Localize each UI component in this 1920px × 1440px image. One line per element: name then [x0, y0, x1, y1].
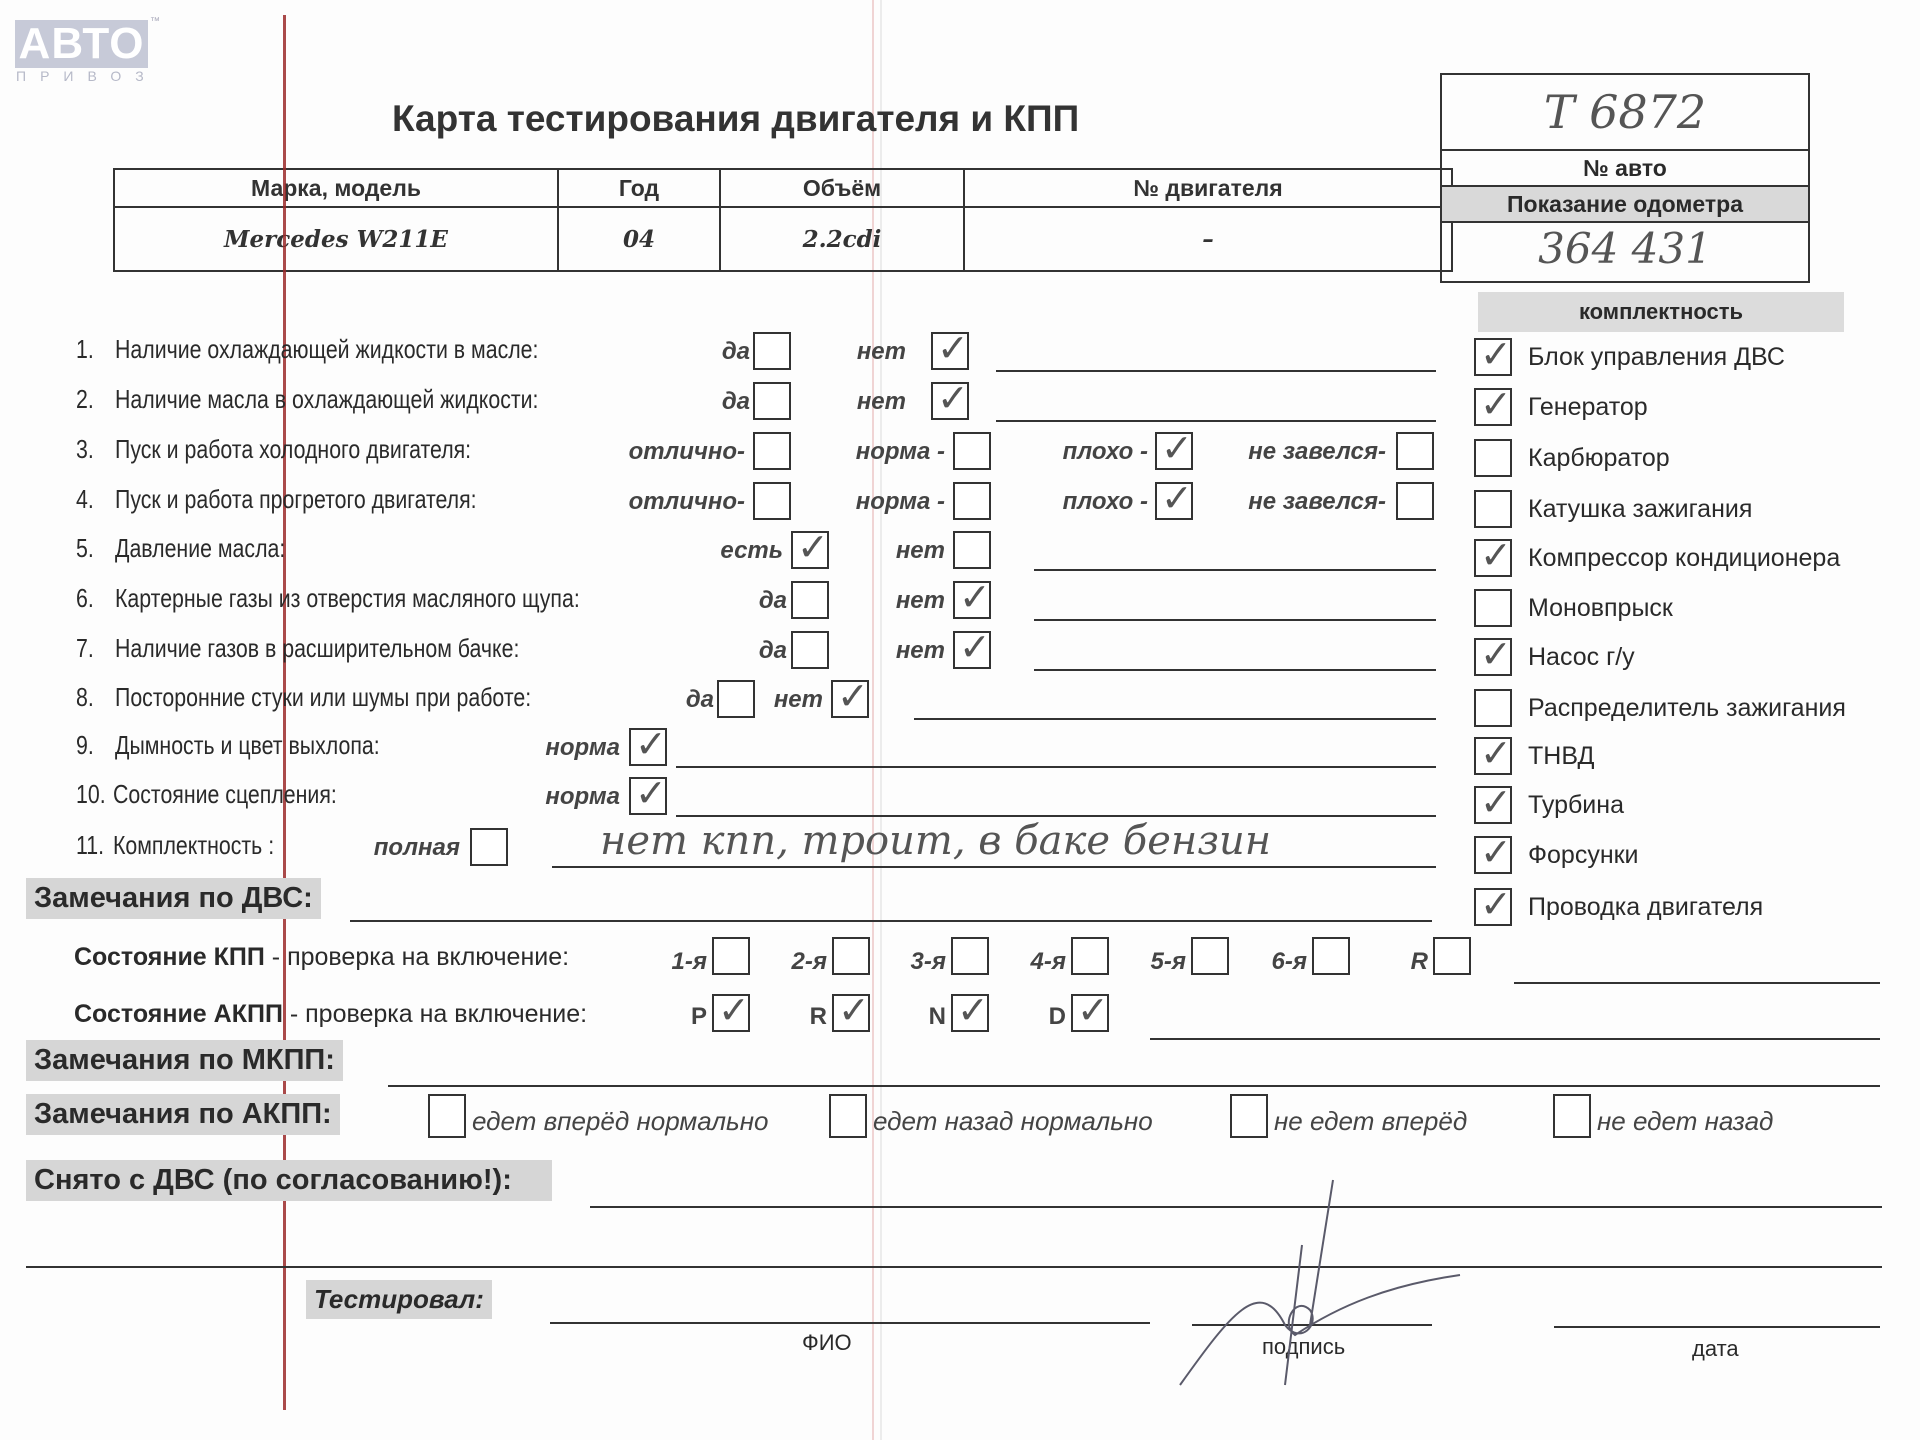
option-label: отлично- [545, 438, 745, 466]
option-label: нет [745, 637, 945, 665]
question-text: Пуск и работа прогретого двигателя: [115, 484, 477, 515]
option-label: норма - [745, 488, 945, 516]
question-text: Пуск и работа холодного двигателя: [115, 434, 471, 465]
option-label: норма - [745, 438, 945, 466]
question-text: Состояние сцепления: [113, 779, 337, 810]
vehicle-info-table: Марка, модель Год Объём № двигателя Merc… [113, 168, 1453, 272]
fio-line [550, 1322, 1150, 1324]
question-number: 8. [76, 682, 94, 713]
gear-label: R [1228, 948, 1428, 976]
completeness-checkbox[interactable] [1474, 888, 1512, 926]
date-line [1554, 1326, 1880, 1328]
completeness-label: Проводка двигателя [1528, 893, 1763, 922]
question-text: Посторонние стуки или шумы при работе: [115, 682, 531, 713]
answer-line [1034, 619, 1436, 621]
answer-line [552, 866, 1436, 868]
option-label: нет [706, 338, 906, 366]
akpp-remark-checkbox[interactable] [829, 1094, 867, 1138]
completeness-checkbox[interactable] [1474, 388, 1512, 426]
volume-value[interactable]: 2.2cdi [720, 207, 964, 271]
logo-trademark: ™ [150, 16, 160, 27]
col-year: Год [558, 169, 720, 207]
logo-subtitle: ПРИВОЗ [16, 68, 158, 84]
car-number-value[interactable]: T 6872 [1442, 75, 1808, 151]
answer-line [1034, 669, 1436, 671]
completeness-checkbox[interactable] [1474, 589, 1512, 627]
removed-line-2 [26, 1266, 1882, 1268]
mkpp-remarks-title: Замечания по МКПП: [26, 1040, 343, 1081]
removed-title: Снято с ДВС (по согласованию!): [26, 1160, 552, 1201]
option-label: полная [260, 834, 460, 862]
completeness-label: Насос г/у [1528, 643, 1635, 672]
answer-line [676, 766, 1436, 768]
completeness-checkbox[interactable] [1474, 338, 1512, 376]
checkbox-нет[interactable] [953, 631, 991, 669]
kpp-check-title: Состояние КПП - проверка на включение: [74, 943, 569, 972]
ice-remarks-line [350, 920, 1432, 922]
checkbox-нет[interactable] [831, 680, 869, 718]
completeness-label: Катушка зажигания [1528, 495, 1752, 524]
question-text: Давление масла: [115, 533, 285, 564]
completeness-checkbox[interactable] [1474, 786, 1512, 824]
date-caption: дата [1692, 1336, 1739, 1362]
odometer-value[interactable]: 364 431 [1442, 223, 1808, 281]
completeness-checkbox[interactable] [1474, 490, 1512, 528]
logo: АВТО [15, 20, 148, 68]
make-model-value[interactable]: Mercedes W211E [114, 207, 558, 271]
completeness-label: Турбина [1528, 791, 1624, 820]
completeness-checkbox[interactable] [1474, 539, 1512, 577]
option-label: отлично- [545, 488, 745, 516]
question-number: 1. [76, 334, 94, 365]
col-volume: Объём [720, 169, 964, 207]
page-title: Карта тестирования двигателя и КПП [392, 98, 1079, 140]
question-number: 9. [76, 730, 94, 761]
answer-line [676, 815, 1436, 817]
checkbox-норма[interactable] [629, 777, 667, 815]
option-label: норма [420, 734, 620, 762]
signature-scribble [1170, 1175, 1470, 1405]
completeness-label: Генератор [1528, 393, 1648, 422]
fio-caption: ФИО [802, 1330, 852, 1356]
question-number: 2. [76, 384, 94, 415]
akpp-remark-checkbox[interactable] [1230, 1094, 1268, 1138]
question-text: Наличие охлаждающей жидкости в масле: [115, 334, 538, 365]
option-label: нет [706, 388, 906, 416]
akpp-line [1150, 1038, 1880, 1040]
akpp-remark-label: не едет назад [1597, 1106, 1773, 1137]
question-number: 4. [76, 484, 94, 515]
col-engine-number: № двигателя [964, 169, 1452, 207]
akpp-remark-label: едет вперёд нормально [472, 1106, 768, 1137]
car-number-label: № авто [1442, 151, 1808, 187]
question-number: 11. [76, 830, 104, 861]
option-label: плохо - [948, 438, 1148, 466]
option-label: нет [745, 537, 945, 565]
kpp-line [1514, 982, 1880, 984]
option-label: не завелся- [1186, 438, 1386, 466]
year-value[interactable]: 04 [558, 207, 720, 271]
question-text: Наличие масла в охлаждающей жидкости: [115, 384, 538, 415]
option-label: нет [623, 686, 823, 714]
checkbox-незавелся[interactable] [1396, 432, 1434, 470]
option-label: плохо - [948, 488, 1148, 516]
question-number: 10. [76, 779, 106, 810]
checkbox-незавелся[interactable] [1396, 482, 1434, 520]
gear-checkbox[interactable] [1433, 937, 1471, 975]
akpp-remark-label: не едет вперёд [1274, 1106, 1467, 1137]
completeness-checkbox[interactable] [1474, 737, 1512, 775]
question-text: Наличие газов в расширительном бачке: [115, 633, 519, 664]
odometer-label: Показание одометра [1442, 187, 1808, 223]
completeness-label: Моновпрыск [1528, 594, 1673, 623]
completeness-label: Компрессор кондиционера [1528, 544, 1840, 573]
tested-by-title: Тестировал: [306, 1280, 492, 1319]
option-label: не завелся- [1186, 488, 1386, 516]
completeness-label: Форсунки [1528, 841, 1639, 870]
answer-line [1034, 569, 1436, 571]
akpp-remark-checkbox[interactable] [1553, 1094, 1591, 1138]
handwritten-note[interactable]: нет кпп, троит, в баке бензин [600, 818, 1271, 864]
col-make-model: Марка, модель [114, 169, 558, 207]
question-text: Комплектность : [113, 830, 274, 861]
mkpp-line [388, 1085, 1880, 1087]
option-label: нет [745, 587, 945, 615]
answer-line [914, 718, 1436, 720]
completeness-checkbox[interactable] [1474, 638, 1512, 676]
akpp-remarks-title: Замечания по АКПП: [26, 1094, 340, 1135]
question-text: Картерные газы из отверстия масляного щу… [115, 583, 580, 614]
checkbox-нет[interactable] [953, 581, 991, 619]
question-number: 3. [76, 434, 94, 465]
checkbox-полная[interactable] [470, 828, 508, 866]
checkbox-нет[interactable] [931, 382, 969, 420]
engine-number-value[interactable]: – [964, 207, 1452, 271]
answer-line [996, 370, 1436, 372]
question-number: 5. [76, 533, 94, 564]
question-number: 6. [76, 583, 94, 614]
completeness-checkbox[interactable] [1474, 439, 1512, 477]
completeness-label: ТНВД [1528, 742, 1594, 771]
completeness-checkbox[interactable] [1474, 689, 1512, 727]
akpp-gear-label: D [866, 1003, 1066, 1031]
completeness-label: Блок управления ДВС [1528, 343, 1785, 372]
checkbox-норма[interactable] [629, 728, 667, 766]
akpp-gear-checkbox[interactable] [1071, 994, 1109, 1032]
completeness-label: Распределитель зажигания [1528, 694, 1846, 723]
checkbox-нет[interactable] [931, 332, 969, 370]
ice-remarks-title: Замечания по ДВС: [26, 878, 321, 919]
completeness-title: комплектность [1478, 292, 1844, 332]
checkbox-нет[interactable] [953, 531, 991, 569]
akpp-remark-label: едет назад нормально [873, 1106, 1153, 1137]
option-label: норма [420, 783, 620, 811]
akpp-remark-checkbox[interactable] [428, 1094, 466, 1138]
question-number: 7. [76, 633, 94, 664]
completeness-checkbox[interactable] [1474, 836, 1512, 874]
completeness-label: Карбюратор [1528, 444, 1670, 473]
car-info-box: T 6872 № авто Показание одометра 364 431 [1440, 73, 1810, 283]
question-text: Дымность и цвет выхлопа: [115, 730, 380, 761]
answer-line [996, 420, 1436, 422]
